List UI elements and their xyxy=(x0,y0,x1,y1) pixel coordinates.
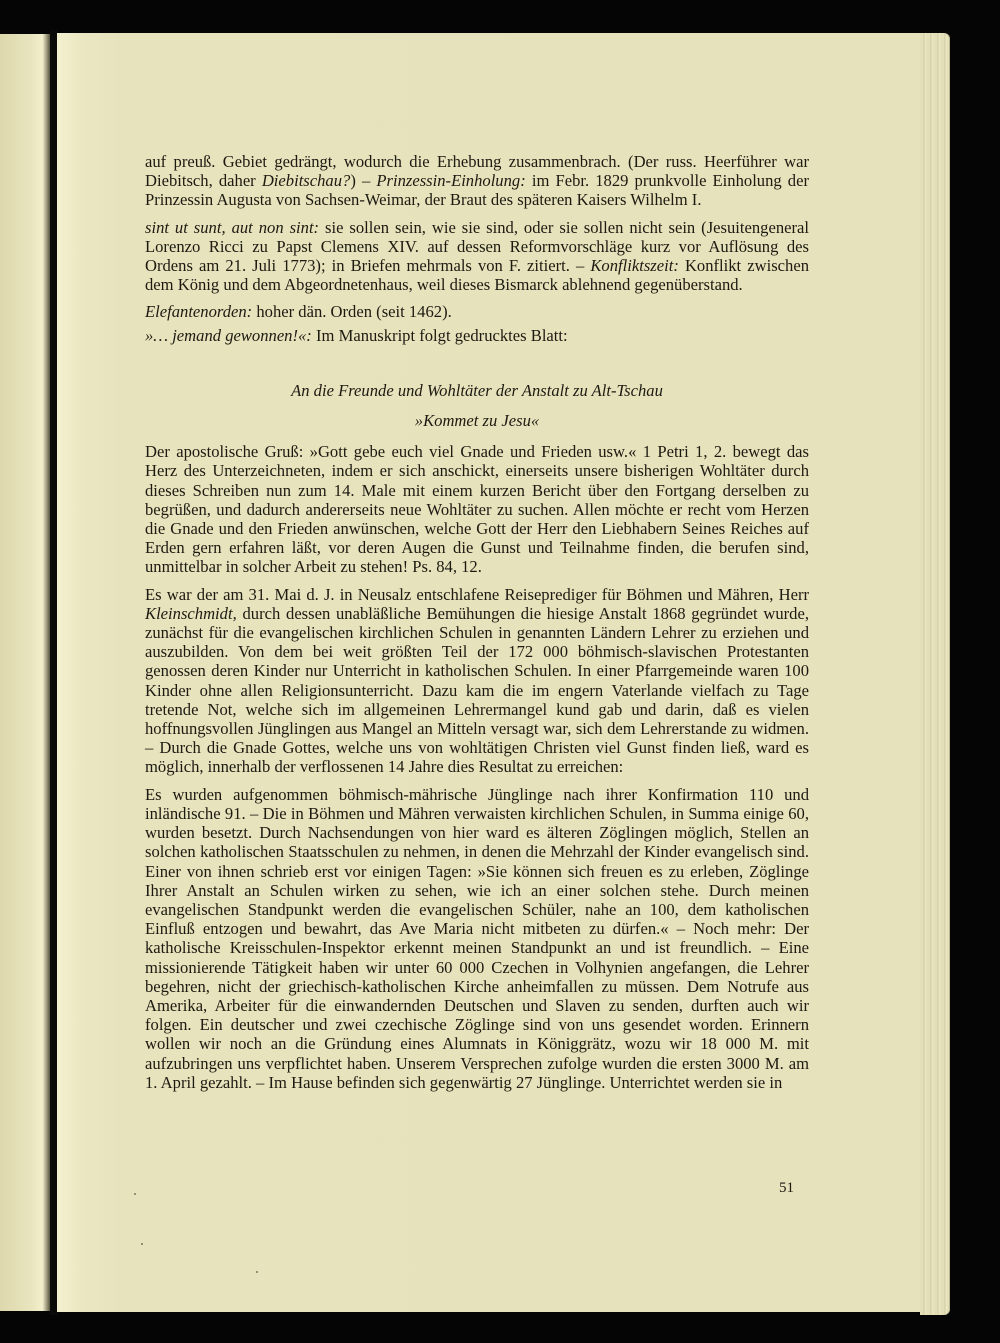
paper-speck xyxy=(141,1243,143,1245)
note-paragraph: »… jemand gewonnen!«: Im Manuskript folg… xyxy=(145,326,809,345)
note-paragraph: auf preuß. Gebiet gedrängt, wodurch die … xyxy=(145,152,809,210)
letter-paragraph: Der apostolische Gruß: »Gott gebe euch v… xyxy=(145,442,809,576)
note-term: Diebitschau? xyxy=(262,171,351,190)
facing-page-edge xyxy=(0,34,50,1311)
note-paragraph: sint ut sunt, aut non sint: sie sollen s… xyxy=(145,218,809,295)
page-stack-edges xyxy=(920,33,950,1315)
note-term: »… jemand gewonnen!«: xyxy=(145,326,312,345)
paper-speck xyxy=(256,1271,258,1273)
letter-paragraph: Es war der am 31. Mai d. J. in Neusalz e… xyxy=(145,585,809,777)
note-term: Prinzessin-Einholung: xyxy=(376,171,525,190)
note-text: ) – xyxy=(350,171,376,190)
note-text: Im Manuskript folgt gedrucktes Blatt: xyxy=(312,326,568,345)
note-term: sint ut sunt, aut non sint: xyxy=(145,218,319,237)
letter-text: Es war der am 31. Mai d. J. in Neusalz e… xyxy=(145,585,809,604)
note-paragraph: Elefantenorden: hoher dän. Orden (seit 1… xyxy=(145,302,809,321)
letter-text: durch dessen unabläßliche Bemühungen die… xyxy=(145,604,809,777)
letter-text: Der apostolische Gruß: »Gott gebe euch v… xyxy=(145,442,809,576)
note-text: hoher dän. Orden (seit 1462). xyxy=(252,302,452,321)
letter-text: Es wurden aufgenommen böhmisch-mährische… xyxy=(145,785,809,1092)
letter-name: Kleinschmidt, xyxy=(145,604,237,623)
note-term: Elefantenorden: xyxy=(145,302,252,321)
page-number: 51 xyxy=(779,1180,794,1197)
page-text: auf preuß. Gebiet gedrängt, wodurch die … xyxy=(145,152,809,1100)
letter-title: An die Freunde und Wohltäter der Anstalt… xyxy=(145,381,809,400)
letter-subtitle: »Kommet zu Jesu« xyxy=(145,411,809,430)
paper-speck xyxy=(134,1193,136,1195)
letter-paragraph: Es wurden aufgenommen böhmisch-mährische… xyxy=(145,785,809,1092)
note-term: Konfliktszeit: xyxy=(590,256,679,275)
